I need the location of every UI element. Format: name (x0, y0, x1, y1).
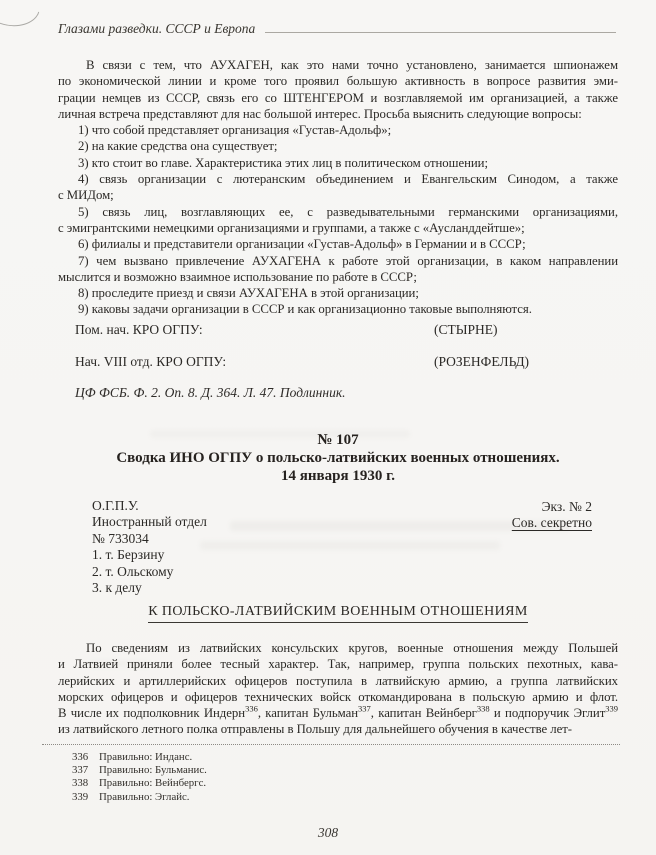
page-curl-artifact (0, 0, 43, 30)
signature-name: (РОЗЕНФЕЛЬД) (434, 354, 529, 370)
text-line: личная встреча представляют для нас боль… (58, 106, 618, 122)
footnote-row: 337Правильно: Бульманис. (58, 764, 618, 777)
footnote-separator-rule (42, 744, 620, 745)
scanned-book-page: Глазами разведки. СССР и Европа В связи … (0, 0, 656, 855)
copy-classification-block: Экз. № 2 Сов. секретно (512, 499, 592, 532)
text-line: грации немцев из СССР, связь его со ШТЕН… (58, 90, 618, 106)
footnote-text: Правильно: Инданс. (99, 751, 192, 764)
document-date: 14 января 1930 г. (58, 468, 618, 486)
footnote-reference: 339 (605, 704, 618, 714)
footnote-reference: 336 (245, 704, 258, 714)
sender-address-line: О.Г.П.У. (92, 498, 207, 514)
footnote-text: Правильно: Бульманис. (99, 764, 207, 777)
copy-number: Экз. № 2 (512, 499, 592, 515)
sender-address-line: 1. т. Берзину (92, 547, 207, 563)
sender-address-line: 2. т. Ольскому (92, 564, 207, 580)
doc107-title-block: № 107 Сводка ИНО ОГПУ о польско-латвийск… (58, 432, 618, 485)
footnotes-block: 336Правильно: Инданс.337Правильно: Бульм… (58, 751, 618, 804)
text-line: 3) кто стоит во главе. Характеристика эт… (58, 155, 618, 171)
section-heading: К ПОЛЬСКО-ЛАТВИЙСКИМ ВОЕННЫМ ОТНОШЕНИЯМ (58, 602, 618, 623)
doc106-directive-text: В связи с тем, что АУХАГЕН, как это нами… (58, 57, 618, 318)
signature-post: Пом. нач. КРО ОГПУ: (75, 322, 203, 338)
text-line: В числе их подполковник Индерн336, капит… (58, 705, 618, 721)
running-head-title: Глазами разведки. СССР и Европа (58, 21, 255, 37)
footnote-reference: 337 (358, 704, 371, 714)
classification-stamp: Сов. секретно (512, 515, 592, 531)
doc107-report-text: По сведениям из латвийских консульских к… (58, 640, 618, 738)
text-line: 5) связь лиц, возглавляющих ее, с развед… (58, 204, 618, 220)
footnote-text: Правильно: Вейнбергс. (99, 777, 206, 790)
footnote-number: 338 (72, 777, 99, 790)
running-head: Глазами разведки. СССР и Европа (58, 21, 616, 37)
text-line: 2) на какие средства она существует; (58, 138, 618, 154)
text-line: мыслится и возможно взаимное использован… (58, 269, 618, 285)
text-line: и Латвией приняли более тесный характер.… (58, 656, 618, 672)
footnote-reference: 338 (477, 704, 490, 714)
text-line: лерийских и артиллерийских офицеров пост… (58, 673, 618, 689)
text-line: из латвийского летного полка отправлены … (58, 721, 618, 737)
text-line: с эмигрантскими немецкими организациями … (58, 220, 618, 236)
footnote-number: 337 (72, 764, 99, 777)
ink-bleedthrough-artifact (200, 541, 500, 550)
text-line: морских офицеров и офицеров технических … (58, 689, 618, 705)
footnote-row: 338Правильно: Вейнбергс. (58, 777, 618, 790)
footnote-number: 339 (72, 791, 99, 804)
sender-address-block: О.Г.П.У.Иностранный отдел№ 7330341. т. Б… (92, 498, 207, 596)
archival-citation: ЦФ ФСБ. Ф. 2. Оп. 8. Д. 364. Л. 47. Подл… (75, 385, 346, 401)
document-number: № 107 (58, 432, 618, 450)
footnote-row: 339Правильно: Эглайс. (58, 791, 618, 804)
signature-name: (СТЫРНЕ) (434, 322, 498, 338)
sender-address-line: Иностранный отдел (92, 514, 207, 530)
sender-address-line: № 733034 (92, 531, 207, 547)
signature-post: Нач. VIII отд. КРО ОГПУ: (75, 354, 226, 370)
text-line: В связи с тем, что АУХАГЕН, как это нами… (58, 57, 618, 73)
page-number: 308 (0, 825, 656, 841)
text-line: 9) каковы задачи организации в СССР и ка… (58, 301, 618, 317)
text-line: 8) проследите приезд и связи АУХАГЕНА в … (58, 285, 618, 301)
footnote-text: Правильно: Эглайс. (99, 791, 190, 804)
footnote-row: 336Правильно: Инданс. (58, 751, 618, 764)
text-line: с МИДом; (58, 187, 618, 203)
text-line: 7) чем вызвано привлечение АУХАГЕНА к ра… (58, 253, 618, 269)
document-title: Сводка ИНО ОГПУ о польско-латвийских вое… (58, 450, 618, 468)
footnote-number: 336 (72, 751, 99, 764)
sender-address-line: 3. к делу (92, 580, 207, 596)
running-head-rule (265, 32, 616, 33)
text-line: 4) связь организации с лютеранским объед… (58, 171, 618, 187)
text-line: по экономической линии и кроме того проя… (58, 73, 618, 89)
text-line: 6) филиалы и представители организации «… (58, 236, 618, 252)
text-line: 1) что собой представляет организация «Г… (58, 122, 618, 138)
text-line: По сведениям из латвийских консульских к… (58, 640, 618, 656)
